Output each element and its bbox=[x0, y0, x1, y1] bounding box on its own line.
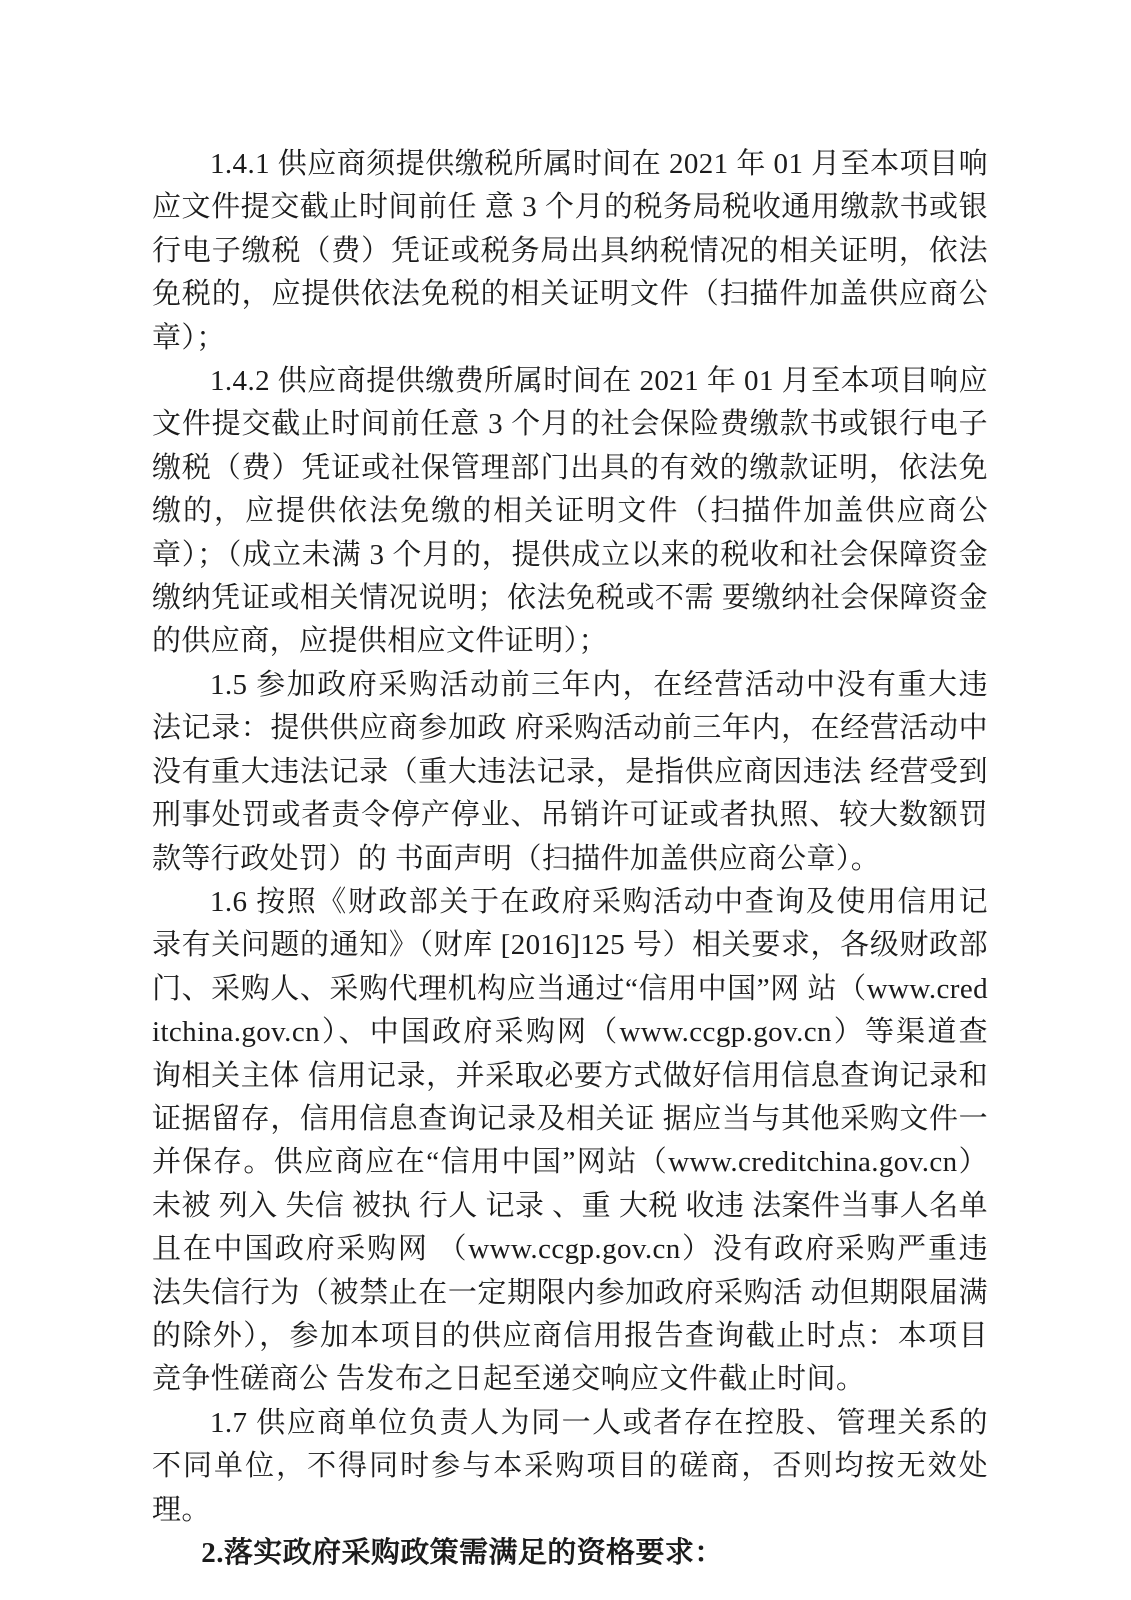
paragraph-1-4-2: 1.4.2 供应商提供缴费所属时间在 2021 年 01 月至本项目响应文件提交… bbox=[152, 360, 988, 664]
section-heading-2: 2.落实政府采购政策需满足的资格要求： bbox=[152, 1532, 988, 1575]
document-body-text: 1.4.1 供应商须提供缴税所属时间在 2021 年 01 月至本项目响应文件提… bbox=[152, 143, 988, 1575]
paragraph-1-7: 1.7 供应商单位负责人为同一人或者存在控股、管理关系的不同单位，不得同时参与本… bbox=[152, 1402, 988, 1532]
paragraph-1-5: 1.5 参加政府采购活动前三年内，在经营活动中没有重大违法记录：提供供应商参加政… bbox=[152, 664, 988, 881]
paragraph-1-6: 1.6 按照《财政部关于在政府采购活动中查询及使用信用记录有关问题的通知》（财库… bbox=[152, 881, 988, 1402]
paragraph-1-4-1: 1.4.1 供应商须提供缴税所属时间在 2021 年 01 月至本项目响应文件提… bbox=[152, 143, 988, 360]
document-page: 1.4.1 供应商须提供缴税所属时间在 2021 年 01 月至本项目响应文件提… bbox=[0, 0, 1131, 1600]
